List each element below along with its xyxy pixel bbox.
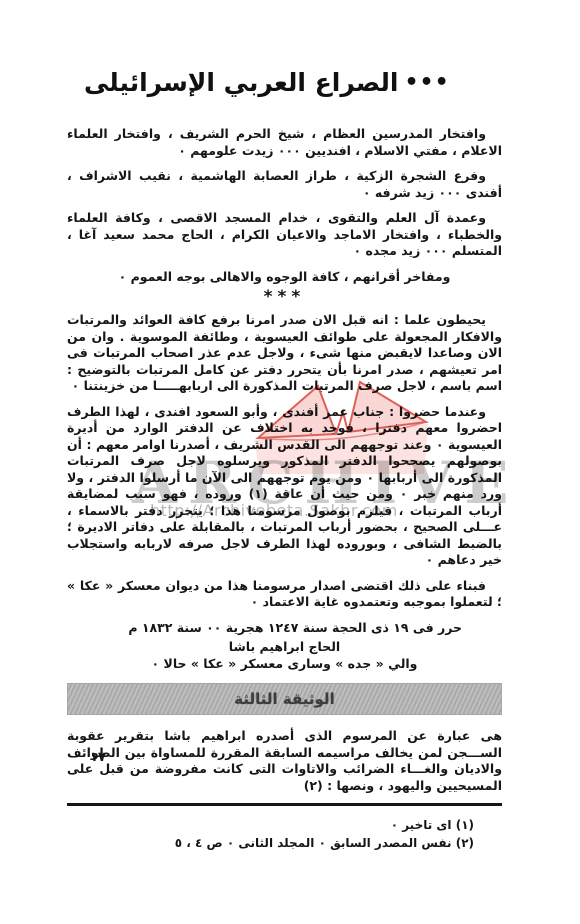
signatory-title: والي « جده » وسارى معسكر « عكا » حالا ٠ — [67, 655, 502, 672]
section-banner-title: الوثيقة الثالثة — [234, 691, 334, 708]
asterisk-separator: *** — [67, 289, 502, 305]
decree-date-line: حرر فى ١٩ ذى الحجة سنة ١٢٤٧ هجرية ٠٠ سنة… — [67, 620, 462, 637]
running-head: الصراع العربي الإسرائيلى ••• — [84, 68, 450, 98]
document-text-column: وافتخار المدرسين العظام ، شيخ الحرم الشر… — [67, 126, 502, 852]
section-banner: الوثيقة الثالثة — [67, 683, 502, 715]
scanned-book-page: الصراع العربي الإسرائيلى ••• وافتخار الم… — [0, 0, 580, 924]
commentary-paragraph: هى عبارة عن المرسوم الذى أصدره ابراهيم ب… — [67, 728, 502, 794]
footnote: (٢) نفس المصدر السابق ٠ المجلد الثانى ٠ … — [67, 835, 474, 853]
title-bullets-icon: ••• — [404, 72, 449, 94]
decree-paragraph: فبناء على ذلك اقتضى اصدار مرسومنا هذا من… — [67, 578, 502, 611]
footnote-divider — [67, 803, 502, 806]
footnotes: (١) اى تاخير ٠ (٢) نفس المصدر السابق ٠ ا… — [67, 817, 474, 852]
opening-paragraph: ومفاخر أقرانهم ، كافة الوجوه والاهالى بو… — [67, 269, 502, 286]
opening-paragraph: وافتخار المدرسين العظام ، شيخ الحرم الشر… — [67, 126, 502, 159]
page-number: ١٧ — [90, 750, 106, 765]
decree-paragraph: يحيطون علما : انه قبل الان صدر امرنا برف… — [67, 312, 502, 395]
opening-paragraph: وعمدة آل العلم والتقوى ، خدام المسجد الا… — [67, 210, 502, 260]
footnote: (١) اى تاخير ٠ — [67, 817, 474, 835]
signatory-name: الحاج ابراهيم باشا — [67, 638, 502, 655]
signature-block: الحاج ابراهيم باشا والي « جده » وسارى مع… — [67, 638, 502, 672]
book-title: الصراع العربي الإسرائيلى — [84, 68, 398, 98]
opening-paragraph: وفرع الشجرة الزكية ، طراز العصابة الهاشم… — [67, 168, 502, 201]
decree-paragraph: وعندما حضروا : جناب عمر أفندى ، وأبو الس… — [67, 404, 502, 569]
